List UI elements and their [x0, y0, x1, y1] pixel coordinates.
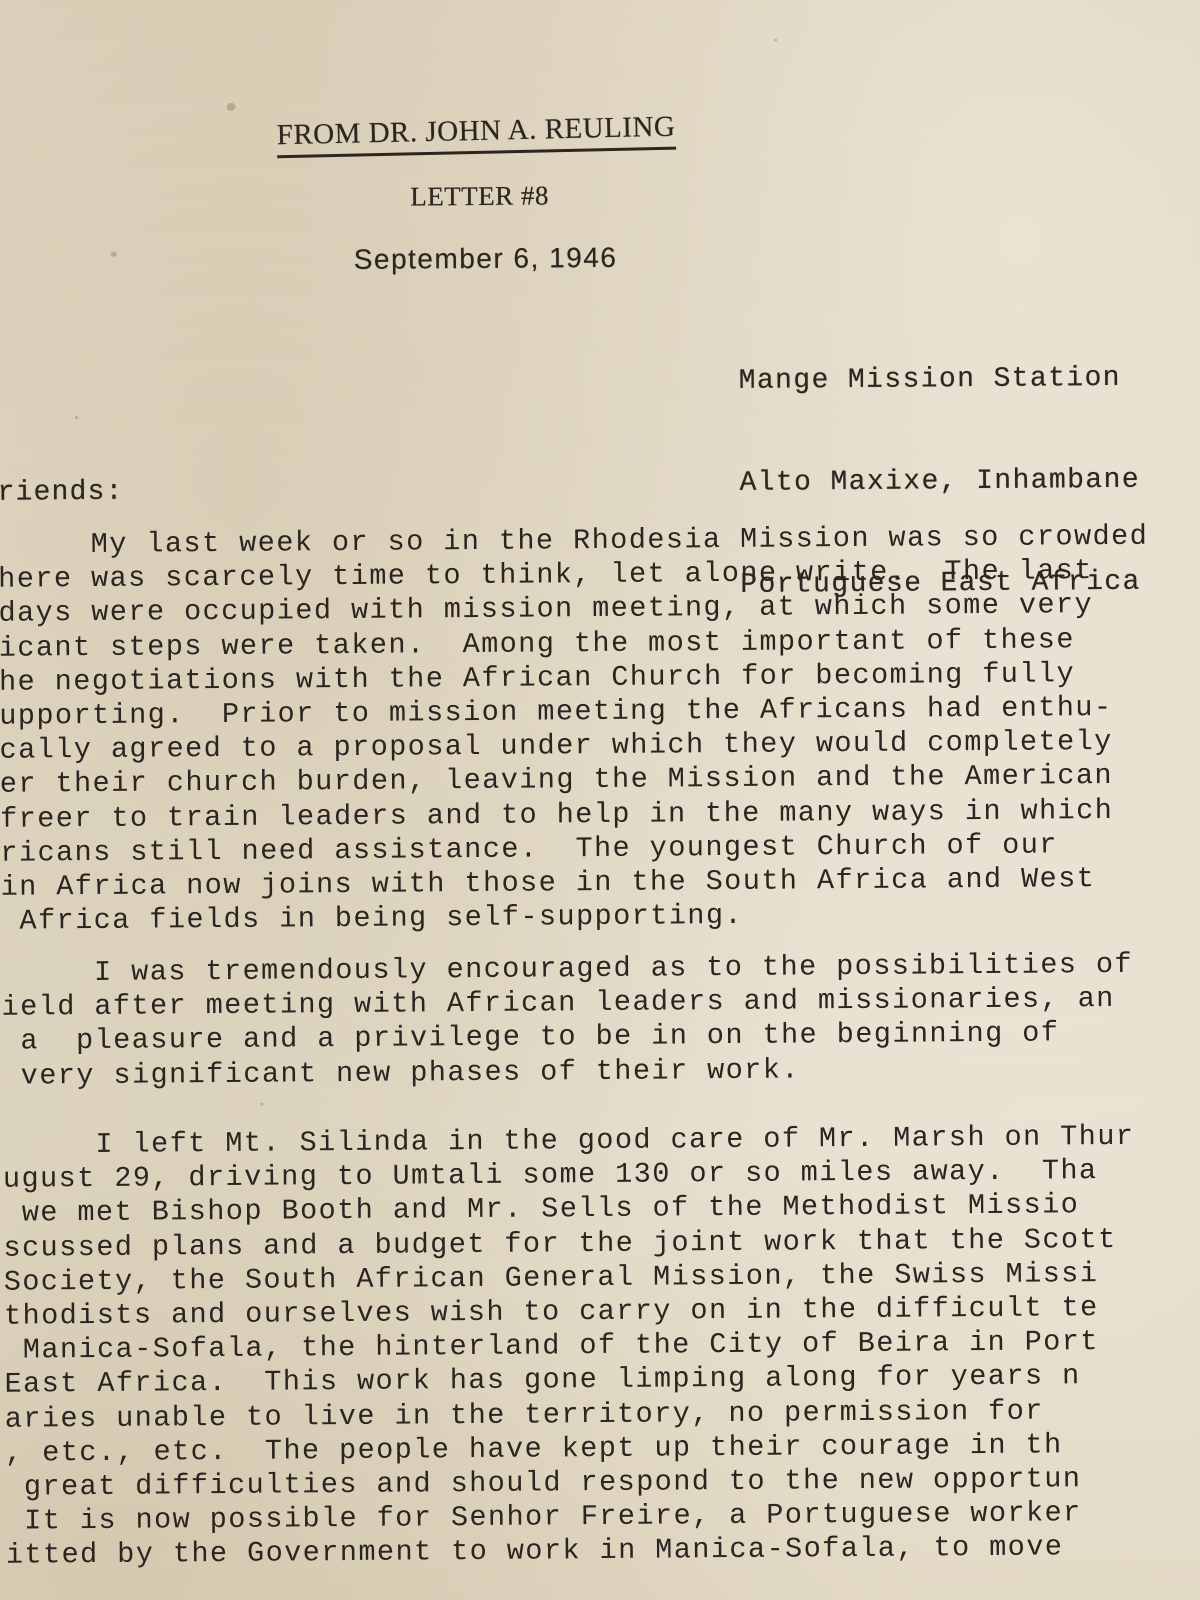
paper-speck [774, 39, 777, 42]
paper-speck [75, 416, 78, 419]
letter-heading: FROM DR. JOHN A. REULING [276, 110, 675, 159]
paper-speck [227, 103, 236, 111]
paper-speck [111, 252, 117, 257]
paragraph-3: I left Mt. Silinda in the good care of M… [3, 1119, 1200, 1573]
address-line: Alto Maxixe, Inhambane [739, 464, 1140, 501]
paragraph-2: I was tremendously encouraged as to the … [1, 947, 1200, 1093]
address-line: Mange Mission Station [739, 362, 1140, 399]
letter-number: LETTER #8 [410, 178, 549, 213]
letter-date: September 6, 1946 [354, 241, 618, 277]
salutation: riends: [0, 476, 124, 511]
paper-speck [260, 1103, 263, 1106]
letter-page: FROM DR. JOHN A. REULING LETTER #8 Septe… [0, 0, 1200, 1600]
paragraph-1: My last week or so in the Rhodesia Missi… [0, 519, 1200, 939]
